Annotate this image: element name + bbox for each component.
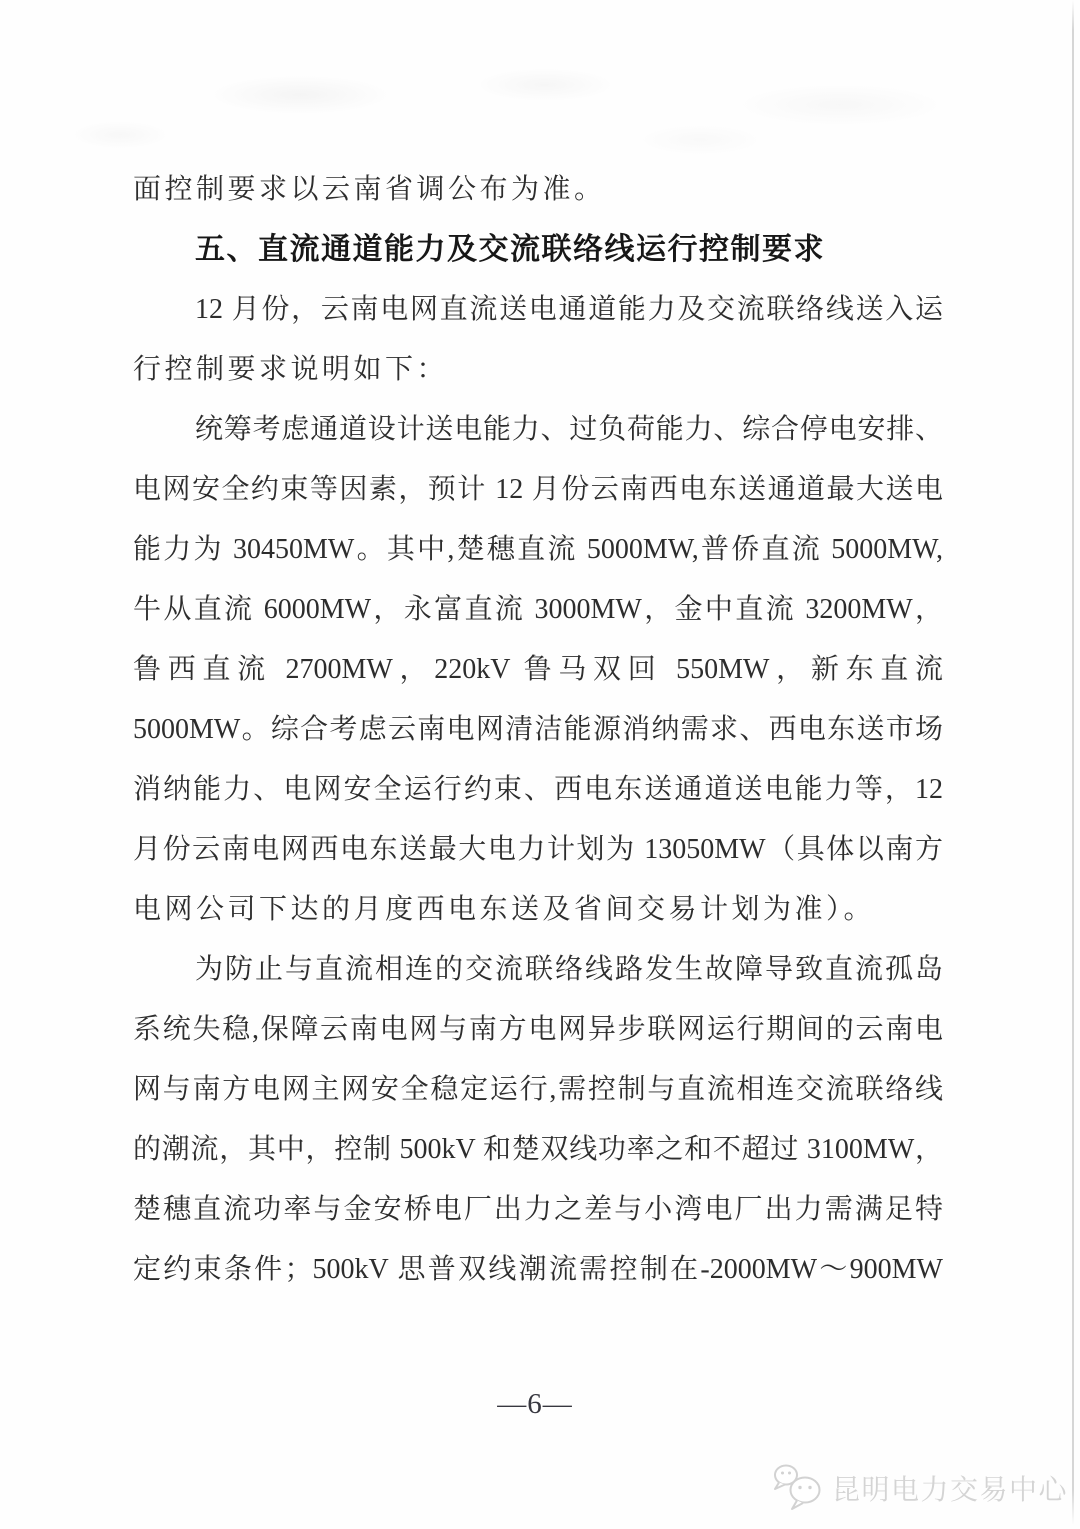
page-number: —6— xyxy=(0,1388,1070,1421)
paragraph-line: 网与南方电网主网安全稳定运行,需控制与直流相连交流联络线 xyxy=(133,1060,943,1120)
paragraph-line: 12 月份，云南电网直流送电通道能力及交流联络线送入运 xyxy=(133,280,943,340)
paragraph-line: 定约束条件；500kV 思普双线潮流需控制在-2000MW～900MW xyxy=(133,1240,943,1300)
paragraph-line: 统筹考虑通道设计送电能力、过负荷能力、综合停电安排、 xyxy=(133,400,943,460)
footer-watermark: 昆明电力交易中心 xyxy=(772,1458,1068,1518)
paragraph-line: 楚穗直流功率与金安桥电厂出力之差与小湾电厂出力需满足特 xyxy=(133,1180,943,1240)
paragraph-line: 消纳能力、电网安全运行约束、西电东送通道送电能力等，12 xyxy=(133,760,943,820)
paragraph-line: 5000MW。综合考虑云南电网清洁能源消纳需求、西电东送市场 xyxy=(133,700,943,760)
document-body: 面控制要求以云南省调公布为准。 五、直流通道能力及交流联络线运行控制要求 12 … xyxy=(133,160,943,1300)
paragraph-line: 行控制要求说明如下： xyxy=(133,340,943,400)
document-page: 面控制要求以云南省调公布为准。 五、直流通道能力及交流联络线运行控制要求 12 … xyxy=(0,0,1080,1529)
paragraph-line: 为防止与直流相连的交流联络线路发生故障导致直流孤岛 xyxy=(133,940,943,1000)
paragraph-line: 牛从直流 6000MW，永富直流 3000MW，金中直流 3200MW， xyxy=(133,580,943,640)
paragraph-line: 鲁西直流 2700MW，220kV 鲁马双回 550MW，新东直流 xyxy=(133,640,943,700)
paragraph-line: 电网安全约束等因素，预计 12 月份云南西电东送通道最大送电 xyxy=(133,460,943,520)
paragraph-line: 能力为 30450MW。其中,楚穗直流 5000MW,普侨直流 5000MW, xyxy=(133,520,943,580)
paragraph-line: 电网公司下达的月度西电东送及省间交易计划为准）。 xyxy=(133,880,943,940)
paragraph-line: 月份云南电网西电东送最大电力计划为 13050MW（具体以南方 xyxy=(133,820,943,880)
paragraph-line: 系统失稳,保障云南电网与南方电网异步联网运行期间的云南电 xyxy=(133,1000,943,1060)
footer-brand: 昆明电力交易中心 xyxy=(832,1468,1068,1508)
page-edge-line xyxy=(1072,0,1074,1529)
continuation-line: 面控制要求以云南省调公布为准。 xyxy=(133,160,943,220)
section-heading: 五、直流通道能力及交流联络线运行控制要求 xyxy=(133,220,943,280)
paragraph-line: 的潮流，其中，控制 500kV 和楚双线功率之和不超过 3100MW， xyxy=(133,1120,943,1180)
wechat-icon xyxy=(772,1462,822,1514)
